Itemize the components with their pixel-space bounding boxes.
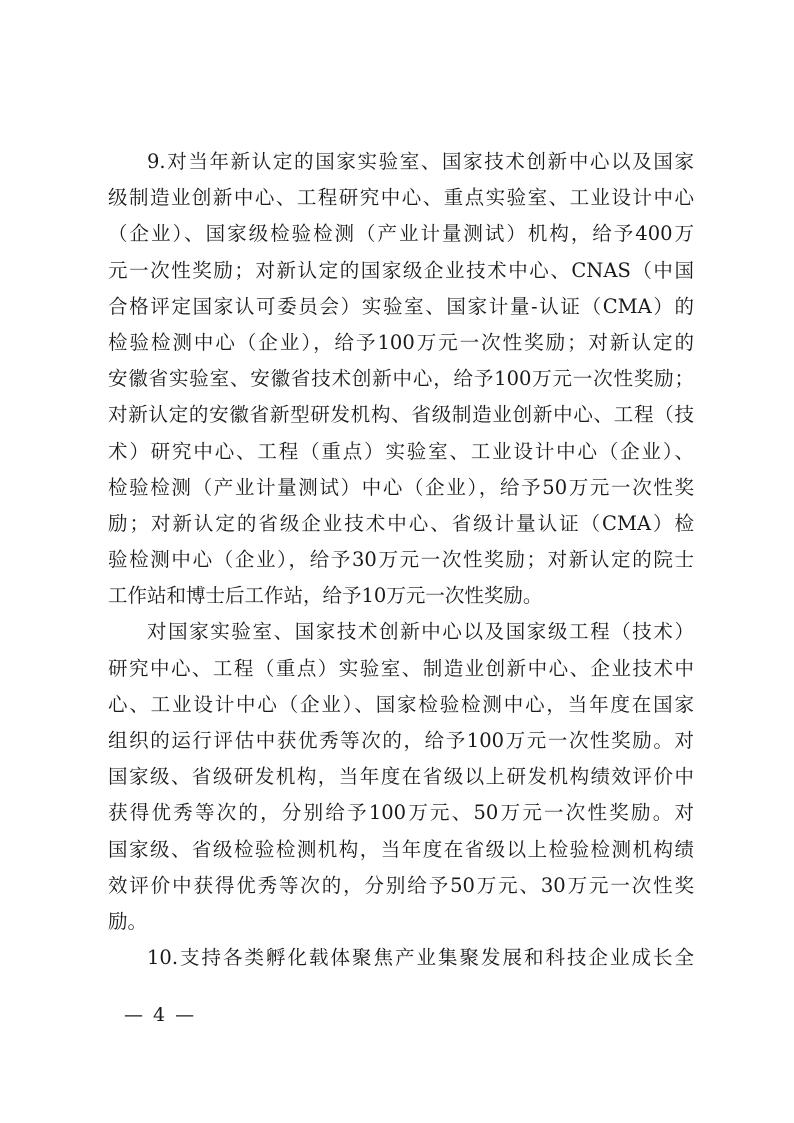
text-line: 检验检测（产业计量测试）中心（企业），给予50万元一次性奖 xyxy=(108,470,694,506)
document-page: 9.对当年新认定的国家实验室、国家技术创新中心以及国家 级制造业创新中心、工程研… xyxy=(0,0,794,1123)
text-line: 合格评定国家认可委员会）实验室、国家计量-认证（CMA）的 xyxy=(108,289,694,325)
text-line: 级制造业创新中心、工程研究中心、重点实验室、工业设计中心 xyxy=(108,180,694,216)
text-line: 安徽省实验室、安徽省技术创新中心，给予100万元一次性奖励； xyxy=(108,361,694,397)
paragraph-9: 9.对当年新认定的国家实验室、国家技术创新中心以及国家 级制造业创新中心、工程研… xyxy=(108,144,694,614)
document-body: 9.对当年新认定的国家实验室、国家技术创新中心以及国家 级制造业创新中心、工程研… xyxy=(108,144,694,976)
text-line: 验检测中心（企业），给予30万元一次性奖励；对新认定的院士 xyxy=(108,542,694,578)
text-line: 效评价中获得优秀等次的，分别给予50万元、30万元一次性奖 xyxy=(108,868,694,904)
text-line: 心、工业设计中心（企业）、国家检验检测中心，当年度在国家 xyxy=(108,687,694,723)
text-line: 9.对当年新认定的国家实验室、国家技术创新中心以及国家 xyxy=(108,144,694,180)
text-line: 获得优秀等次的，分别给予100万元、50万元一次性奖励。对 xyxy=(108,795,694,831)
text-line: 检验检测中心（企业），给予100万元一次性奖励；对新认定的 xyxy=(108,325,694,361)
paragraph-10: 10.支持各类孵化载体聚焦产业集聚发展和科技企业成长全 xyxy=(108,940,694,976)
paragraph-evaluation-awards: 对国家实验室、国家技术创新中心以及国家级工程（技术） 研究中心、工程（重点）实验… xyxy=(108,614,694,940)
text-line: 术）研究中心、工程（重点）实验室、工业设计中心（企业）、 xyxy=(108,434,694,470)
text-line: 对国家实验室、国家技术创新中心以及国家级工程（技术） xyxy=(108,614,694,650)
text-line: 国家级、省级研发机构，当年度在省级以上研发机构绩效评价中 xyxy=(108,759,694,795)
text-line: 组织的运行评估中获优秀等次的，给予100万元一次性奖励。对 xyxy=(108,723,694,759)
text-line: （企业）、国家级检验检测（产业计量测试）机构，给予400万 xyxy=(108,216,694,252)
text-line: 励。 xyxy=(108,904,694,940)
text-line: 工作站和博士后工作站，给予10万元一次性奖励。 xyxy=(108,578,694,614)
text-line: 元一次性奖励；对新认定的国家级企业技术中心、CNAS（中国 xyxy=(108,253,694,289)
text-line: 国家级、省级检验检测机构，当年度在省级以上检验检测机构绩 xyxy=(108,832,694,868)
text-line: 励；对新认定的省级企业技术中心、省级计量认证（CMA）检 xyxy=(108,506,694,542)
text-line: 10.支持各类孵化载体聚焦产业集聚发展和科技企业成长全 xyxy=(108,940,694,976)
text-line: 对新认定的安徽省新型研发机构、省级制造业创新中心、工程（技 xyxy=(108,397,694,433)
text-line: 研究中心、工程（重点）实验室、制造业创新中心、企业技术中 xyxy=(108,651,694,687)
page-number: — 4 — xyxy=(124,1004,196,1026)
